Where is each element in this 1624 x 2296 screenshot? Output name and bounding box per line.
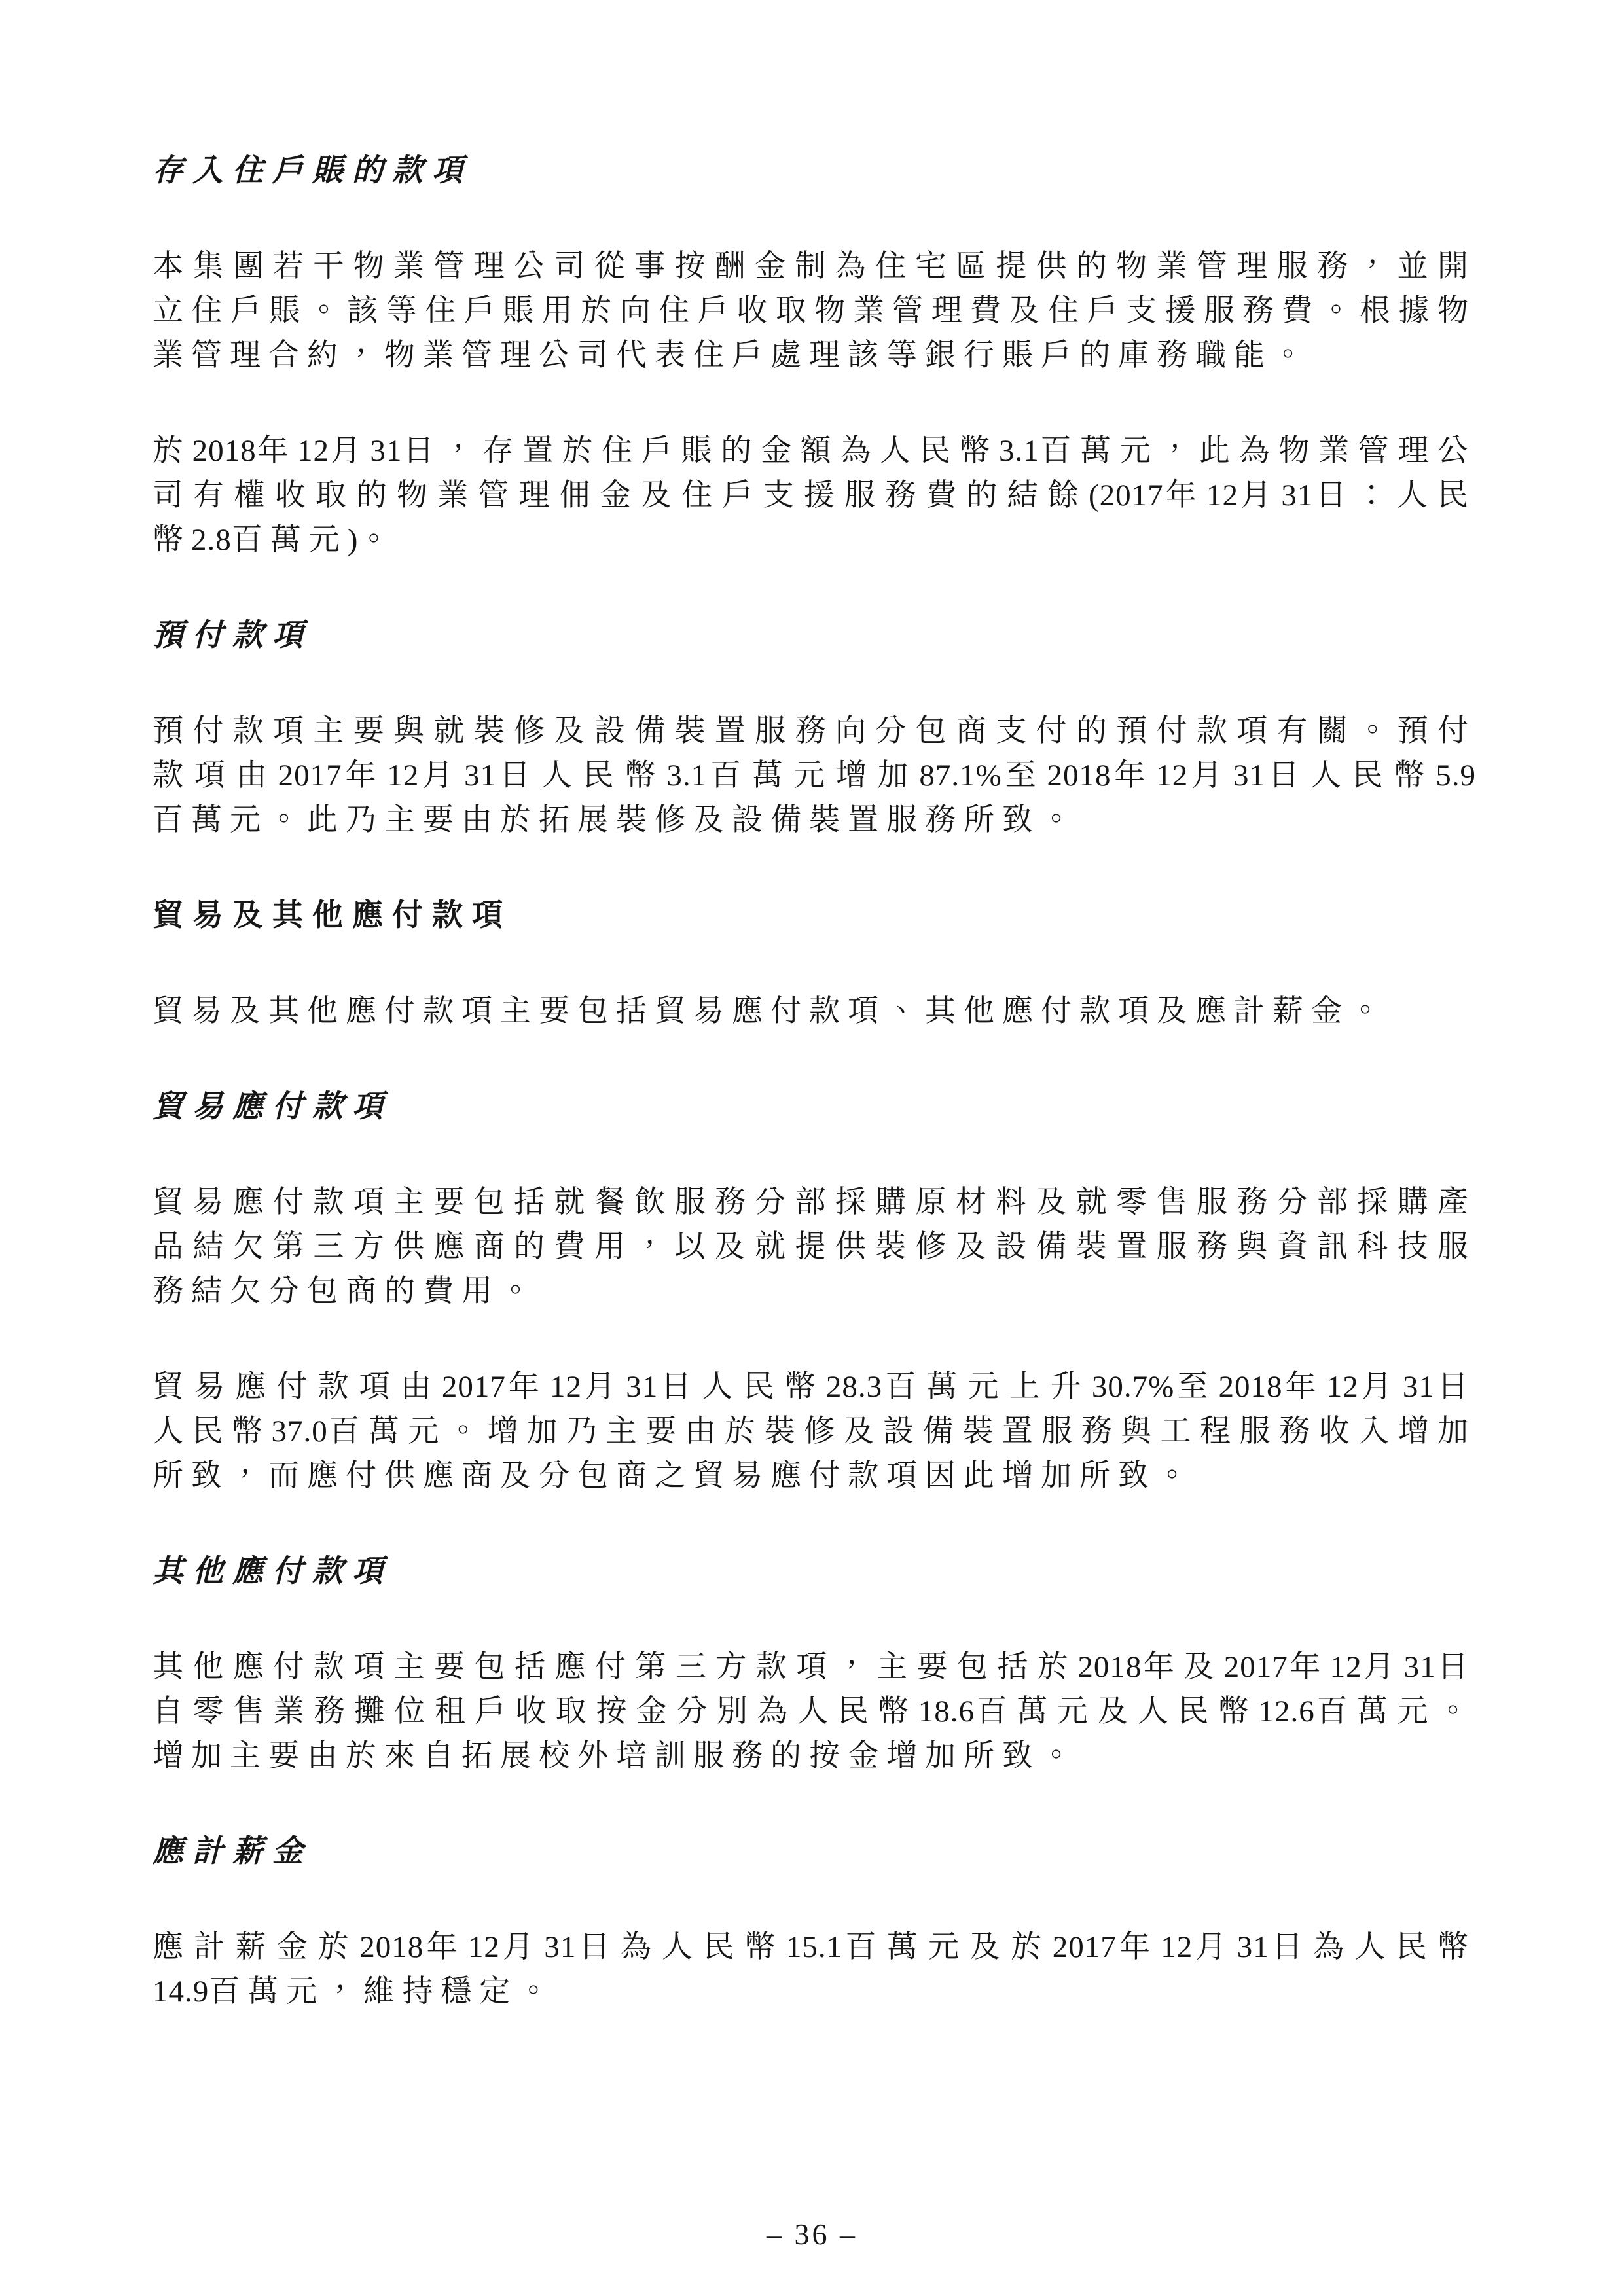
paragraph: 貿易應付款項由2017年12月31日人民幣28.3百萬元上升30.7%至2018… — [153, 1365, 1476, 1498]
text-line: 貿易應付款項由2017年12月31日人民幣28.3百萬元上升30.7%至2018… — [153, 1365, 1476, 1409]
latin-run: 12 — [1161, 1930, 1193, 1964]
latin-run: 18.6 — [918, 1695, 975, 1729]
paragraph: 於2018年12月31日，存置於住戶賬的金額為人民幣3.1百萬元，此為物業管理公… — [153, 429, 1476, 562]
latin-run: 2.8 — [191, 523, 232, 557]
latin-run: 2017 — [1053, 1930, 1117, 1964]
text-line: 務結欠分包商的費用。 — [153, 1269, 1476, 1314]
latin-run: 31 — [1403, 1370, 1435, 1404]
latin-run: 37.0 — [271, 1414, 327, 1448]
latin-run: ) — [348, 523, 359, 557]
latin-run: 12 — [1330, 1650, 1362, 1684]
text-line: 幣2.8百萬元)。 — [153, 518, 1476, 562]
section-heading: 其他應付款項 — [153, 1549, 1476, 1594]
page-footer: – 36 – — [0, 2212, 1624, 2257]
latin-run: 12 — [1156, 759, 1188, 793]
latin-run: 31 — [626, 1370, 658, 1404]
text-line: 司有權收取的物業管理佣金及住戶支援服務費的結餘(2017年12月31日：人民 — [153, 473, 1476, 518]
latin-run: 12 — [1206, 478, 1238, 512]
text-line: 貿易及其他應付款項主要包括貿易應付款項、其他應付款項及應計薪金。 — [153, 989, 1476, 1033]
latin-run: 31 — [370, 434, 402, 468]
paragraph: 其他應付款項主要包括應付第三方款項，主要包括於2018年及2017年12月31日… — [153, 1645, 1476, 1778]
latin-run: 12 — [550, 1370, 582, 1404]
latin-run: 30.7% — [1092, 1370, 1174, 1404]
text-line: 自零售業務攤位租戶收取按金分別為人民幣18.6百萬元及人民幣12.6百萬元。 — [153, 1689, 1476, 1734]
latin-run: 31 — [1404, 1650, 1436, 1684]
text-line: 其他應付款項主要包括應付第三方款項，主要包括於2018年及2017年12月31日 — [153, 1645, 1476, 1689]
latin-run: 3.1 — [666, 759, 707, 793]
section-heading: 預付款項 — [153, 613, 1476, 658]
latin-run: 2018 — [192, 434, 257, 468]
latin-run: 12 — [387, 759, 419, 793]
paragraph: 貿易及其他應付款項主要包括貿易應付款項、其他應付款項及應計薪金。 — [153, 989, 1476, 1033]
latin-run: 2018 — [359, 1930, 424, 1964]
latin-run: 12 — [468, 1930, 500, 1964]
text-line: 人民幣37.0百萬元。增加乃主要由於裝修及設備裝置服務與工程服務收入增加 — [153, 1409, 1476, 1454]
text-line: 所致，而應付供應商及分包商之貿易應付款項因此增加所致。 — [153, 1454, 1476, 1498]
text-line: 貿易應付款項主要包括就餐飲服務分部採購原材料及就零售服務分部採購產 — [153, 1180, 1476, 1225]
page-number: – 36 – — [767, 2217, 857, 2251]
latin-run: 12.6 — [1259, 1695, 1315, 1729]
text-line: 業管理合約，物業管理公司代表住戶處理該等銀行賬戶的庫務職能。 — [153, 333, 1476, 378]
text-line: 款項由2017年12月31日人民幣3.1百萬元增加87.1%至2018年12月3… — [153, 753, 1476, 798]
text-line: 百萬元。此乃主要由於拓展裝修及設備裝置服務所致。 — [153, 798, 1476, 842]
paragraph: 預付款項主要與就裝修及設備裝置服務向分包商支付的預付款項有關。預付款項由2017… — [153, 709, 1476, 842]
text-line: 於2018年12月31日，存置於住戶賬的金額為人民幣3.1百萬元，此為物業管理公 — [153, 429, 1476, 473]
text-line: 14.9百萬元，維持穩定。 — [153, 1969, 1476, 2014]
text-line: 預付款項主要與就裝修及設備裝置服務向分包商支付的預付款項有關。預付 — [153, 709, 1476, 753]
latin-run: 31 — [464, 759, 496, 793]
latin-run: 2017 — [278, 759, 342, 793]
latin-run: (2017 — [1089, 478, 1164, 512]
text-line: 應計薪金於2018年12月31日為人民幣15.1百萬元及於2017年12月31日… — [153, 1925, 1476, 1969]
text-line: 立住戶賬。該等住戶賬用於向住戶收取物業管理費及住戶支援服務費。根據物 — [153, 289, 1476, 333]
paragraph: 貿易應付款項主要包括就餐飲服務分部採購原材料及就零售服務分部採購產品結欠第三方供… — [153, 1180, 1476, 1314]
latin-run: 15.1 — [786, 1930, 842, 1964]
latin-run: 2017 — [1224, 1650, 1288, 1684]
section-heading: 貿易應付款項 — [153, 1085, 1476, 1129]
latin-run: 5.9 — [1435, 759, 1476, 793]
paragraph: 本集團若干物業管理公司從事按酬金制為住宅區提供的物業管理服務，並開立住戶賬。該等… — [153, 244, 1476, 378]
text-line: 增加主要由於來自拓展校外培訓服務的按金增加所致。 — [153, 1734, 1476, 1778]
latin-run: 2018 — [1047, 759, 1111, 793]
text-line: 品結欠第三方供應商的費用，以及就提供裝修及設備裝置服務與資訊科技服 — [153, 1225, 1476, 1269]
paragraph: 應計薪金於2018年12月31日為人民幣15.1百萬元及於2017年12月31日… — [153, 1925, 1476, 2014]
latin-run: 12 — [297, 434, 329, 468]
section-heading: 應計薪金 — [153, 1829, 1476, 1874]
latin-run: 31 — [1281, 478, 1313, 512]
latin-run: 28.3 — [826, 1370, 882, 1404]
latin-run: 12 — [1327, 1370, 1359, 1404]
latin-run: 2018 — [1218, 1370, 1282, 1404]
latin-run: 14.9 — [153, 1975, 209, 2009]
latin-run: 31 — [544, 1930, 576, 1964]
latin-run: 31 — [1237, 1930, 1269, 1964]
latin-run: 2017 — [442, 1370, 506, 1404]
latin-run: 31 — [1233, 759, 1265, 793]
latin-run: 87.1% — [919, 759, 1001, 793]
latin-run: 3.1 — [999, 434, 1039, 468]
document-content: 存入住戶賬的款項本集團若干物業管理公司從事按酬金制為住宅區提供的物業管理服務，並… — [153, 149, 1476, 2014]
text-line: 本集團若干物業管理公司從事按酬金制為住宅區提供的物業管理服務，並開 — [153, 244, 1476, 289]
section-heading: 存入住戶賬的款項 — [153, 149, 1476, 193]
latin-run: 2018 — [1077, 1650, 1142, 1684]
section-heading: 貿易及其他應付款項 — [153, 893, 1476, 938]
